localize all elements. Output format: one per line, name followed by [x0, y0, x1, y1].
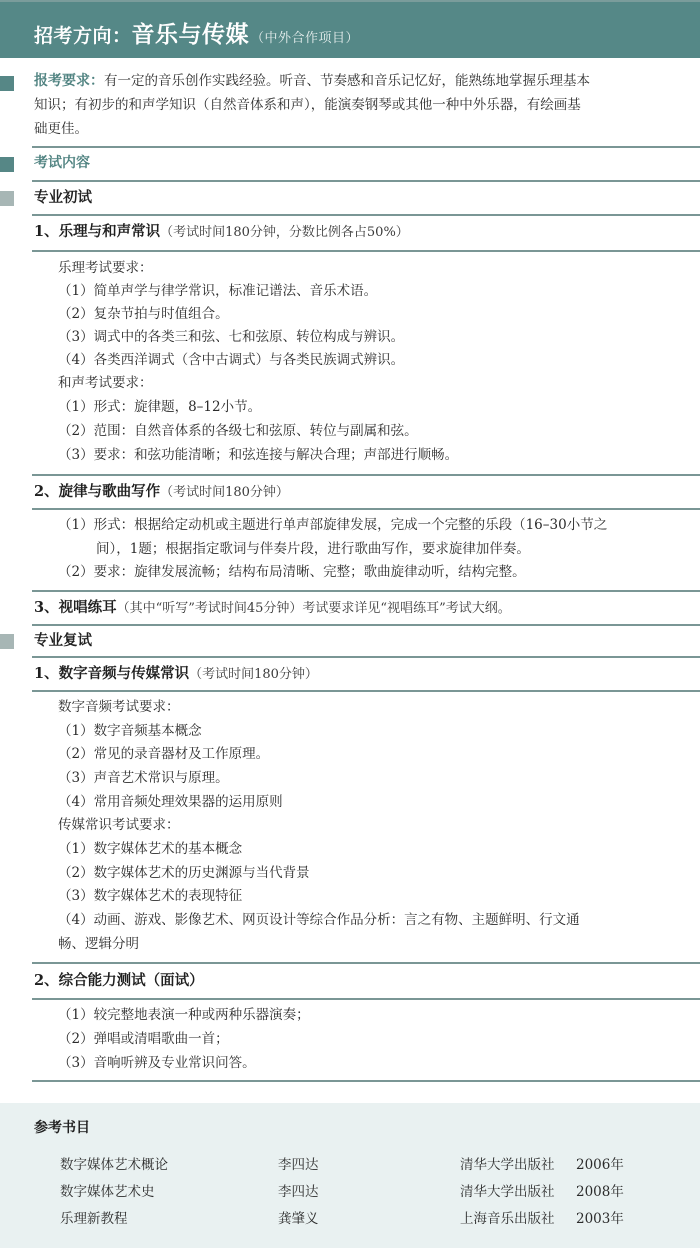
title-major: 音乐与传媒 [132, 21, 250, 48]
divider [32, 998, 700, 1000]
audio-label: 数字音频考试要求： [58, 696, 180, 719]
theory-item: （2）复杂节拍与时值组合。 [58, 303, 229, 326]
preliminary-heading: 专业初试 [34, 186, 92, 209]
retest-s1-heading: 1、数字音频与传媒常识（考试时间180分钟） [34, 662, 318, 686]
book-year: 2003年 [576, 1207, 624, 1227]
theory-item: （3）调式中的各类三和弦、七和弦原、转位构成与辨识。 [58, 326, 404, 349]
retest-s2-heading: 2、综合能力测试（面试） [34, 969, 204, 993]
book-title: 数字媒体艺术史 [60, 1180, 155, 1200]
divider [32, 214, 700, 216]
book-author: 李四达 [278, 1180, 319, 1200]
audio-item: （2）常见的录音器材及工作原理。 [58, 743, 269, 766]
prelim-s3-heading: 3、视唱练耳（其中“听写”考试时间45分钟）考试要求详见“视唱练耳”考试大纲。 [34, 596, 511, 620]
writing-item-cont: 间），1题；根据指定歌词与伴奏片段，进行歌曲写作，要求旋律加伴奏。 [96, 538, 530, 561]
theory-label: 乐理考试要求： [58, 257, 153, 280]
reference-row: 乐理新教程 龚肇义 上海音乐出版社 2003年 [0, 1207, 700, 1231]
divider [32, 508, 700, 510]
book-publisher: 清华大学出版社 [460, 1180, 555, 1200]
media-item-cont: 畅、逻辑分明 [58, 933, 139, 956]
interview-item: （1）较完整地表演一种或两种乐器演奏； [58, 1004, 310, 1027]
requirement-line-3: 础更佳。 [34, 118, 88, 141]
title-note: （中外合作项目） [251, 31, 359, 46]
divider [32, 1080, 700, 1082]
exam-content-heading: 考试内容 [34, 152, 90, 175]
book-author: 李四达 [278, 1153, 319, 1173]
book-title: 数字媒体艺术概论 [60, 1153, 168, 1173]
prelim-s1-heading: 1、乐理与和声常识（考试时间180分钟，分数比例各占50%） [34, 220, 409, 244]
audio-item: （3）声音艺术常识与原理。 [58, 767, 229, 790]
book-publisher: 清华大学出版社 [460, 1153, 555, 1173]
harmony-item: （2）范围：自然音体系的各级七和弦原、转位与副属和弦。 [58, 420, 418, 443]
title-label: 招考方向： [34, 25, 132, 47]
requirement-line-2: 知识；有初步的和声学知识（自然音体系和声），能演奏钢琴或其他一种中外乐器，有绘画… [34, 94, 581, 117]
requirement-line-1: 报考要求：有一定的音乐创作实践经验。听音、节奏感和音乐记忆好，能熟练地掌握乐理基… [34, 70, 590, 93]
interview-item: （2）弹唱或清唱歌曲一首； [58, 1028, 229, 1051]
book-title: 乐理新教程 [60, 1207, 128, 1227]
section-marker-icon [0, 157, 14, 172]
harmony-item: （1）形式：旋律题，8–12小节。 [58, 396, 261, 419]
reference-row: 数字媒体艺术史 李四达 清华大学出版社 2008年 [0, 1180, 700, 1204]
harmony-item: （3）要求：和弦功能清晰；和弦连接与解决合理；声部进行顺畅。 [58, 444, 458, 467]
references-panel: 参考书目 数字媒体艺术概论 李四达 清华大学出版社 2006年 数字媒体艺术史 … [0, 1103, 700, 1248]
media-label: 传媒常识考试要求： [58, 814, 180, 837]
writing-item: （2）要求：旋律发展流畅；结构布局清晰、完整；歌曲旋律动听，结构完整。 [58, 561, 526, 584]
harmony-label: 和声考试要求： [58, 372, 153, 395]
book-year: 2006年 [576, 1153, 624, 1173]
media-item: （2）数字媒体艺术的历史渊源与当代背景 [58, 862, 310, 885]
divider [32, 690, 700, 692]
interview-item: （3）音响听辨及专业常识问答。 [58, 1052, 256, 1075]
book-author: 龚肇义 [278, 1207, 319, 1227]
theory-item: （4）各类西洋调式（含中古调式）与各类民族调式辨识。 [58, 349, 404, 372]
divider [32, 590, 700, 592]
audio-item: （1）数字音频基本概念 [58, 720, 202, 743]
section-marker-icon [0, 76, 14, 91]
divider [32, 474, 700, 476]
divider [32, 250, 700, 252]
requirement-label: 报考要求： [34, 73, 104, 89]
references-heading: 参考书目 [34, 1117, 90, 1137]
reference-row: 数字媒体艺术概论 李四达 清华大学出版社 2006年 [0, 1153, 700, 1177]
media-item: （1）数字媒体艺术的基本概念 [58, 838, 242, 861]
section-marker-icon [0, 191, 14, 206]
media-item: （3）数字媒体艺术的表现特征 [58, 885, 242, 908]
page-header: 招考方向：音乐与传媒（中外合作项目） [0, 0, 700, 58]
divider [32, 180, 700, 182]
retest-heading: 专业复试 [34, 629, 92, 652]
audio-item: （4）常用音频处理效果器的运用原则 [58, 791, 283, 814]
book-year: 2008年 [576, 1180, 624, 1200]
book-publisher: 上海音乐出版社 [460, 1207, 555, 1227]
divider [32, 656, 700, 658]
theory-item: （1）简单声学与律学常识，标准记谱法、音乐术语。 [58, 280, 377, 303]
page-title: 招考方向：音乐与传媒（中外合作项目） [34, 16, 359, 49]
prelim-s2-heading: 2、旋律与歌曲写作（考试时间180分钟） [34, 480, 289, 504]
divider [32, 624, 700, 626]
divider [32, 146, 700, 148]
media-item: （4）动画、游戏、影像艺术、网页设计等综合作品分析：言之有物、主题鲜明、行文通 [58, 909, 580, 932]
writing-item: （1）形式：根据给定动机或主题进行单声部旋律发展，完成一个完整的乐段（16–30… [58, 514, 607, 537]
section-marker-icon [0, 634, 14, 649]
divider [32, 962, 700, 964]
